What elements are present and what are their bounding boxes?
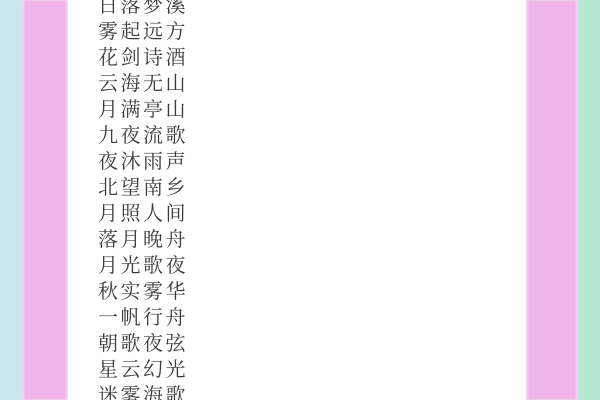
list-item: 雾起远方 bbox=[98, 18, 188, 44]
list-item: 云海无山 bbox=[98, 70, 188, 96]
list-item: 九夜流歌 bbox=[98, 122, 188, 148]
list-item: 月满亭山 bbox=[98, 96, 188, 122]
list-item: 落月晚舟 bbox=[98, 226, 188, 252]
list-item: 迷雾海歌 bbox=[98, 382, 188, 400]
right-pink-stripe bbox=[526, 0, 578, 400]
list-item: 星云幻光 bbox=[98, 356, 188, 382]
left-outer-stripe bbox=[0, 0, 22, 400]
left-pink-stripe bbox=[22, 0, 68, 400]
list-item: 月光歌夜 bbox=[98, 252, 188, 278]
list-item: 花剑诗酒 bbox=[98, 44, 188, 70]
name-list: 日落梦溪 雾起远方 花剑诗酒 云海无山 月满亭山 九夜流歌 夜沐雨声 北望南乡 … bbox=[98, 0, 188, 400]
list-item: 月照人间 bbox=[98, 200, 188, 226]
list-item: 北望南乡 bbox=[98, 174, 188, 200]
list-item: 秋实雾华 bbox=[98, 278, 188, 304]
list-item: 朝歌夜弦 bbox=[98, 330, 188, 356]
list-item: 一帆行舟 bbox=[98, 304, 188, 330]
list-item: 日落梦溪 bbox=[98, 0, 188, 18]
right-outer-stripe bbox=[578, 0, 600, 400]
list-item: 夜沐雨声 bbox=[98, 148, 188, 174]
